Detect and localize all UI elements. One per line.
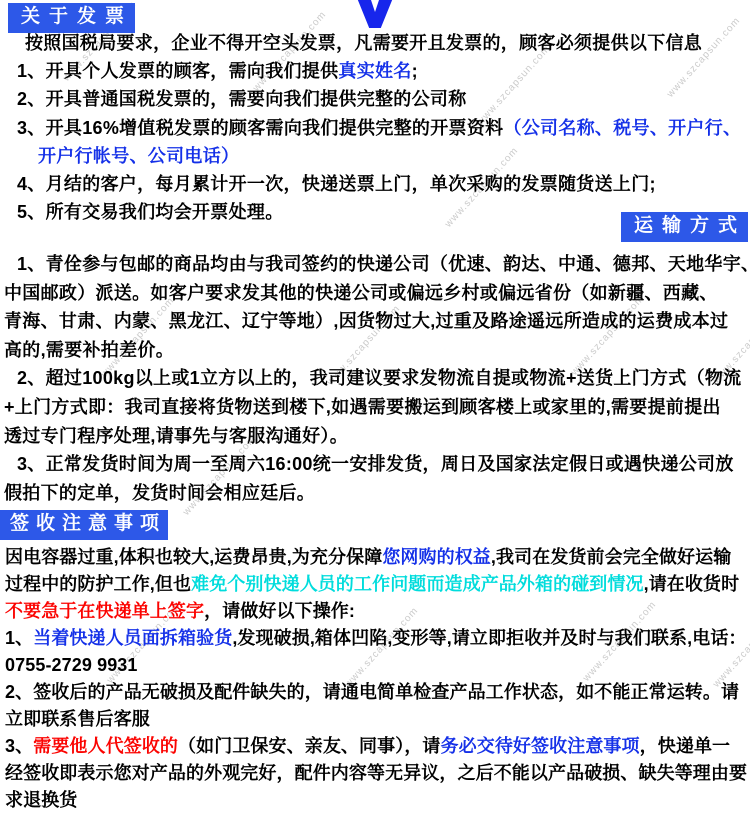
text-line: 3、正常发货时间为周一至周六16:00统一安排发货，周日及国家法定假日或遇快递公… bbox=[0, 452, 750, 481]
text-segment: 求退换货 bbox=[5, 790, 77, 810]
text-segment: 中国邮政）派送。如客户要求发其他的快递公司或偏远乡村或偏远省份（如新疆、西藏、 bbox=[4, 283, 718, 303]
text-segment: 1、开具个人发票的顾客，需向我们提供 bbox=[17, 61, 338, 81]
text-line: 假拍下的定单，发货时间会相应廷后。 bbox=[0, 481, 750, 510]
text-segment: 不要急于在快递单上签字 bbox=[5, 601, 204, 621]
text-line: 开户行帐号、公司电话） bbox=[0, 144, 750, 172]
text-segment: ; bbox=[412, 61, 418, 81]
text-segment: 当着快递人员面拆箱验货 bbox=[33, 628, 232, 648]
text-segment: 2、开具普通国税发票的，需要向我们提供完整的公司称 bbox=[17, 89, 467, 109]
text-segment: 3、正常发货时间为周一至周六16:00统一安排发货，周日及国家法定假日或遇快递公… bbox=[17, 454, 734, 474]
text-line: 1、当着快递人员面拆箱验货,发现破损,箱体凹陷,变形等,请立即拒收并及时与我们联… bbox=[0, 626, 750, 653]
text-line: 3、开具16%增值税发票的顾客需向我们提供完整的开票资料（公司名称、税号、开户行… bbox=[0, 116, 750, 144]
text-segment: 经签收即表示您对产品的外观完好，配件内容等无异议，之后不能以产品破损、缺失等理由… bbox=[5, 763, 747, 783]
text-segment: 难免个别快递人员的工作问题而造成产品外箱的碰到情况 bbox=[191, 574, 644, 594]
text-segment: +上门方式即：我司直接将货物送到楼下,如遇需要搬运到顾客楼上或家里的,需要提前提… bbox=[4, 397, 721, 417]
text-line: 求退换货 bbox=[0, 788, 750, 814]
text-line: 因电容器过重,体积也较大,运费昂贵,为充分保障您网购的权益,我司在发货前会完全做… bbox=[0, 545, 750, 572]
text-line: 中国邮政）派送。如客户要求发其他的快递公司或偏远乡村或偏远省份（如新疆、西藏、 bbox=[0, 281, 750, 310]
text-segment: 2、签收后的产品无破损及配件缺失的，请通电简单检查产品工作状态，如不能正常运转。… bbox=[5, 682, 739, 702]
shipping-section-body: 1、青佺参与包邮的商品均由与我司签约的快递公司（优速、韵达、中通、德邦、天地华宇… bbox=[0, 252, 750, 509]
text-line: 1、青佺参与包邮的商品均由与我司签约的快递公司（优速、韵达、中通、德邦、天地华宇… bbox=[0, 252, 750, 281]
text-segment: 1、青佺参与包邮的商品均由与我司签约的快递公司（优速、韵达、中通、德邦、天地华宇… bbox=[17, 254, 750, 274]
text-segment: 2、超过100kg以上或1立方以上的，我司建议要求发物流自提或物流+送货上门方式… bbox=[17, 368, 741, 388]
text-segment: 您网购的权益 bbox=[382, 547, 491, 567]
text-segment: 高的,需要补拍差价。 bbox=[4, 340, 174, 360]
text-segment: ,我司在发货前会完全做好运输 bbox=[491, 547, 731, 567]
text-segment: 青海、甘肃、内蒙、黑龙江、辽宁等地）,因货物过大,过重及路途遥远所造成的运费成本… bbox=[4, 311, 728, 331]
text-line: 4、月结的客户，每月累计开一次，快递送票上门，单次采购的发票随货送上门; bbox=[0, 172, 750, 200]
text-line: 0755-2729 9931 bbox=[0, 653, 750, 680]
text-segment: ,发现破损,箱体凹陷,变形等,请立即拒收并及时与我们联系,电话： bbox=[232, 628, 746, 648]
text-segment: 假拍下的定单，发货时间会相应廷后。 bbox=[4, 483, 315, 503]
text-line: +上门方式即：我司直接将货物送到楼下,如遇需要搬运到顾客楼上或家里的,需要提前提… bbox=[0, 395, 750, 424]
text-segment: 按照国税局要求，企业不得开空头发票，凡需要开且发票的，顾客必须提供以下信息 bbox=[25, 33, 702, 53]
text-segment: 3、 bbox=[5, 736, 33, 756]
text-segment: 5、所有交易我们均会开票处理。 bbox=[17, 202, 284, 222]
text-segment: ，快递单一 bbox=[640, 736, 731, 756]
text-segment: 务必交待好签收注意事项 bbox=[441, 736, 640, 756]
text-segment: 因电容器过重,体积也较大,运费昂贵,为充分保障 bbox=[5, 547, 382, 567]
product-info-page: www.szcapsun.comwww.szcapsun.comwww.szca… bbox=[0, 0, 750, 814]
section-badge-shipping: 运输方式 bbox=[621, 212, 748, 242]
v-arrow-icon bbox=[352, 0, 398, 28]
section-badge-invoice: 关于发票 bbox=[8, 3, 135, 33]
text-line: 经签收即表示您对产品的外观完好，配件内容等无异议，之后不能以产品破损、缺失等理由… bbox=[0, 761, 750, 788]
text-line: 2、超过100kg以上或1立方以上的，我司建议要求发物流自提或物流+送货上门方式… bbox=[0, 366, 750, 395]
text-segment: 过程中的防护工作,但也 bbox=[5, 574, 191, 594]
text-line: 不要急于在快递单上签字，请做好以下操作: bbox=[0, 599, 750, 626]
text-segment: 开户行帐号、公司电话） bbox=[38, 146, 239, 166]
text-segment: （公司名称、税号、开户行、 bbox=[503, 118, 741, 138]
text-segment: 立即联系售后客服 bbox=[5, 709, 150, 729]
text-line: 3、需要他人代签收的（如门卫保安、亲友、同事），请务必交待好签收注意事项，快递单… bbox=[0, 734, 750, 761]
text-segment: 0755-2729 9931 bbox=[5, 655, 138, 675]
text-segment: （如门卫保安、亲友、同事），请 bbox=[178, 736, 441, 756]
text-segment: 真实姓名 bbox=[338, 61, 411, 81]
text-line: 过程中的防护工作,但也难免个别快递人员的工作问题而造成产品外箱的碰到情况,请在收… bbox=[0, 572, 750, 599]
receipt-section-body: 因电容器过重,体积也较大,运费昂贵,为充分保障您网购的权益,我司在发货前会完全做… bbox=[0, 545, 750, 814]
text-segment: ，请做好以下操作: bbox=[204, 601, 355, 621]
text-line: 透过专门程序处理,请事先与客服沟通好）。 bbox=[0, 424, 750, 453]
text-segment: 4、月结的客户，每月累计开一次，快递送票上门，单次采购的发票随货送上门; bbox=[17, 174, 656, 194]
text-segment: 透过专门程序处理,请事先与客服沟通好）。 bbox=[4, 426, 348, 446]
text-segment: 需要他人代签收的 bbox=[33, 736, 178, 756]
invoice-section-body: 按照国税局要求，企业不得开空头发票，凡需要开且发票的，顾客必须提供以下信息1、开… bbox=[0, 31, 750, 228]
text-segment: ,请在收货时 bbox=[644, 574, 740, 594]
text-line: 高的,需要补拍差价。 bbox=[0, 338, 750, 367]
text-segment: 1、 bbox=[5, 628, 33, 648]
text-line: 按照国税局要求，企业不得开空头发票，凡需要开且发票的，顾客必须提供以下信息 bbox=[0, 31, 750, 59]
text-line: 立即联系售后客服 bbox=[0, 707, 750, 734]
text-line: 1、开具个人发票的顾客，需向我们提供真实姓名; bbox=[0, 59, 750, 87]
text-line: 2、签收后的产品无破损及配件缺失的，请通电简单检查产品工作状态，如不能正常运转。… bbox=[0, 680, 750, 707]
section-badge-receipt: 签收注意事项 bbox=[0, 510, 168, 540]
text-segment: 3、开具16%增值税发票的顾客需向我们提供完整的开票资料 bbox=[17, 118, 503, 138]
text-line: 青海、甘肃、内蒙、黑龙江、辽宁等地）,因货物过大,过重及路途遥远所造成的运费成本… bbox=[0, 309, 750, 338]
text-line: 2、开具普通国税发票的，需要向我们提供完整的公司称 bbox=[0, 87, 750, 115]
